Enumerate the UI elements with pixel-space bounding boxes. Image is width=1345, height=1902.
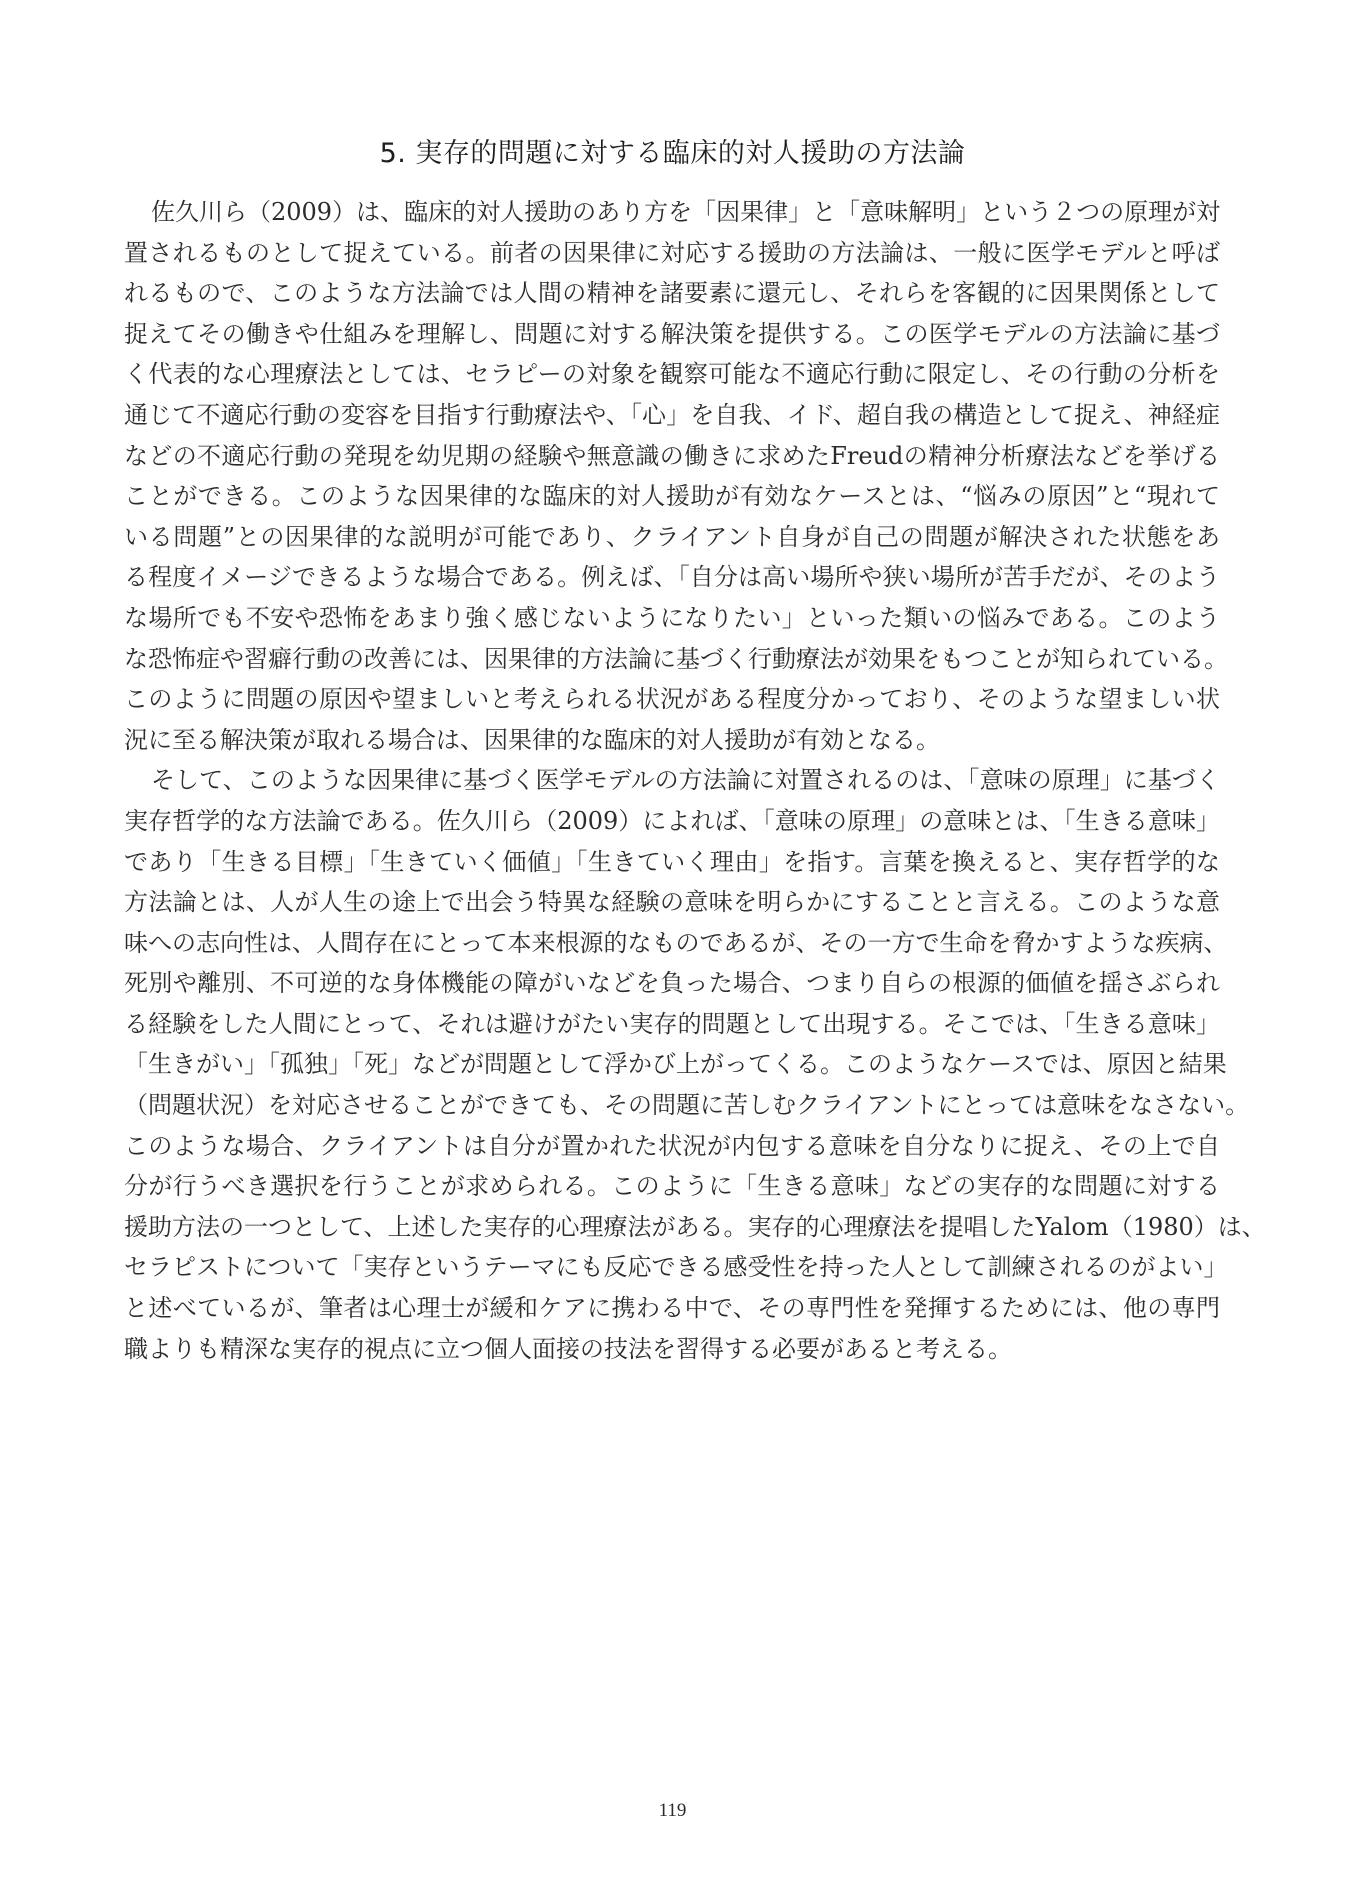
text-line: な恐怖症や習癖行動の改善には、因果律的方法論に基づく行動療法が効果をもつことが知… bbox=[124, 639, 1220, 680]
paragraph-1: 佐久川ら（2009）は、臨床的対人援助のあり方を「因果律」と「意味解明」という２… bbox=[124, 192, 1220, 760]
document-page: 5. 実存的問題に対する臨床的対人援助の方法論 佐久川ら（2009）は、臨床的対… bbox=[0, 0, 1345, 1902]
text-line: 捉えてその働きや仕組みを理解し、問題に対する解決策を提供する。この医学モデルの方… bbox=[124, 314, 1220, 355]
text-line: このように問題の原因や望ましいと考えられる状況がある程度分かっており、そのような… bbox=[124, 679, 1220, 720]
page-number: 119 bbox=[0, 1800, 1345, 1822]
text-line: 佐久川ら（2009）は、臨床的対人援助のあり方を「因果律」と「意味解明」という２… bbox=[124, 192, 1220, 233]
text-line: セラピストについて「実存というテーマにも反応できる感受性を持った人として訓練され… bbox=[124, 1247, 1220, 1288]
text-line: 味への志向性は、人間存在にとって本来根源的なものであるが、その一方で生命を脅かす… bbox=[124, 923, 1220, 964]
text-line: く代表的な心理療法としては、セラピーの対象を観察可能な不適応行動に限定し、その行… bbox=[124, 354, 1220, 395]
text-line: いる問題”との因果律的な説明が可能であり、クライアント自身が自己の問題が解決され… bbox=[124, 517, 1220, 558]
text-line: 実存哲学的な方法論である。佐久川ら（2009）によれば、「意味の原理」の意味とは… bbox=[124, 801, 1220, 842]
text-line: れるもので、このような方法論では人間の精神を諸要素に還元し、それらを客観的に因果… bbox=[124, 273, 1220, 314]
text-line: このような場合、クライアントは自分が置かれた状況が内包する意味を自分なりに捉え、… bbox=[124, 1126, 1220, 1167]
text-line: であり「生きる目標」「生きていく価値」「生きていく理由」を指す。言葉を換えると、… bbox=[124, 842, 1220, 883]
text-line: そして、このような因果律に基づく医学モデルの方法論に対置されるのは、「意味の原理… bbox=[124, 760, 1220, 801]
text-line: る経験をした人間にとって、それは避けがたい実存的問題として出現する。そこでは、「… bbox=[124, 1004, 1220, 1045]
paragraph-2: そして、このような因果律に基づく医学モデルの方法論に対置されるのは、「意味の原理… bbox=[124, 760, 1220, 1369]
text-line: る程度イメージできるような場合である。例えば、「自分は高い場所や狭い場所が苦手だ… bbox=[124, 557, 1220, 598]
text-line: な場所でも不安や恐怖をあまり強く感じないようになりたい」といった類いの悩みである… bbox=[124, 598, 1220, 639]
text-line: と述べているが、筆者は心理士が緩和ケアに携わる中で、その専門性を発揮するためには… bbox=[124, 1288, 1220, 1329]
text-line: 職よりも精深な実存的視点に立つ個人面接の技法を習得する必要があると考える。 bbox=[124, 1329, 1220, 1370]
text-line: などの不適応行動の発現を幼児期の経験や無意識の働きに求めたFreudの精神分析療… bbox=[124, 436, 1220, 477]
body-text: 佐久川ら（2009）は、臨床的対人援助のあり方を「因果律」と「意味解明」という２… bbox=[124, 192, 1220, 1369]
text-line: 分が行うべき選択を行うことが求められる。このように「生きる意味」などの実存的な問… bbox=[124, 1166, 1220, 1207]
section-title: 5. 実存的問題に対する臨床的対人援助の方法論 bbox=[0, 137, 1345, 171]
text-line: （問題状況）を対応させることができても、その問題に苦しむクライアントにとっては意… bbox=[124, 1085, 1220, 1126]
text-line: 置されるものとして捉えている。前者の因果律に対応する援助の方法論は、一般に医学モ… bbox=[124, 233, 1220, 274]
text-line: 死別や離別、不可逆的な身体機能の障がいなどを負った場合、つまり自らの根源的価値を… bbox=[124, 963, 1220, 1004]
text-line: 「生きがい」「孤独」「死」などが問題として浮かび上がってくる。このようなケースで… bbox=[124, 1044, 1220, 1085]
text-line: 援助方法の一つとして、上述した実存的心理療法がある。実存的心理療法を提唱したYa… bbox=[124, 1207, 1220, 1248]
text-line: 況に至る解決策が取れる場合は、因果律的な臨床的対人援助が有効となる。 bbox=[124, 720, 1220, 761]
text-line: ことができる。このような因果律的な臨床的対人援助が有効なケースとは、“悩みの原因… bbox=[124, 476, 1220, 517]
text-line: 通じて不適応行動の変容を目指す行動療法や、「心」を自我、イド、超自我の構造として… bbox=[124, 395, 1220, 436]
text-line: 方法論とは、人が人生の途上で出会う特異な経験の意味を明らかにすることと言える。こ… bbox=[124, 882, 1220, 923]
